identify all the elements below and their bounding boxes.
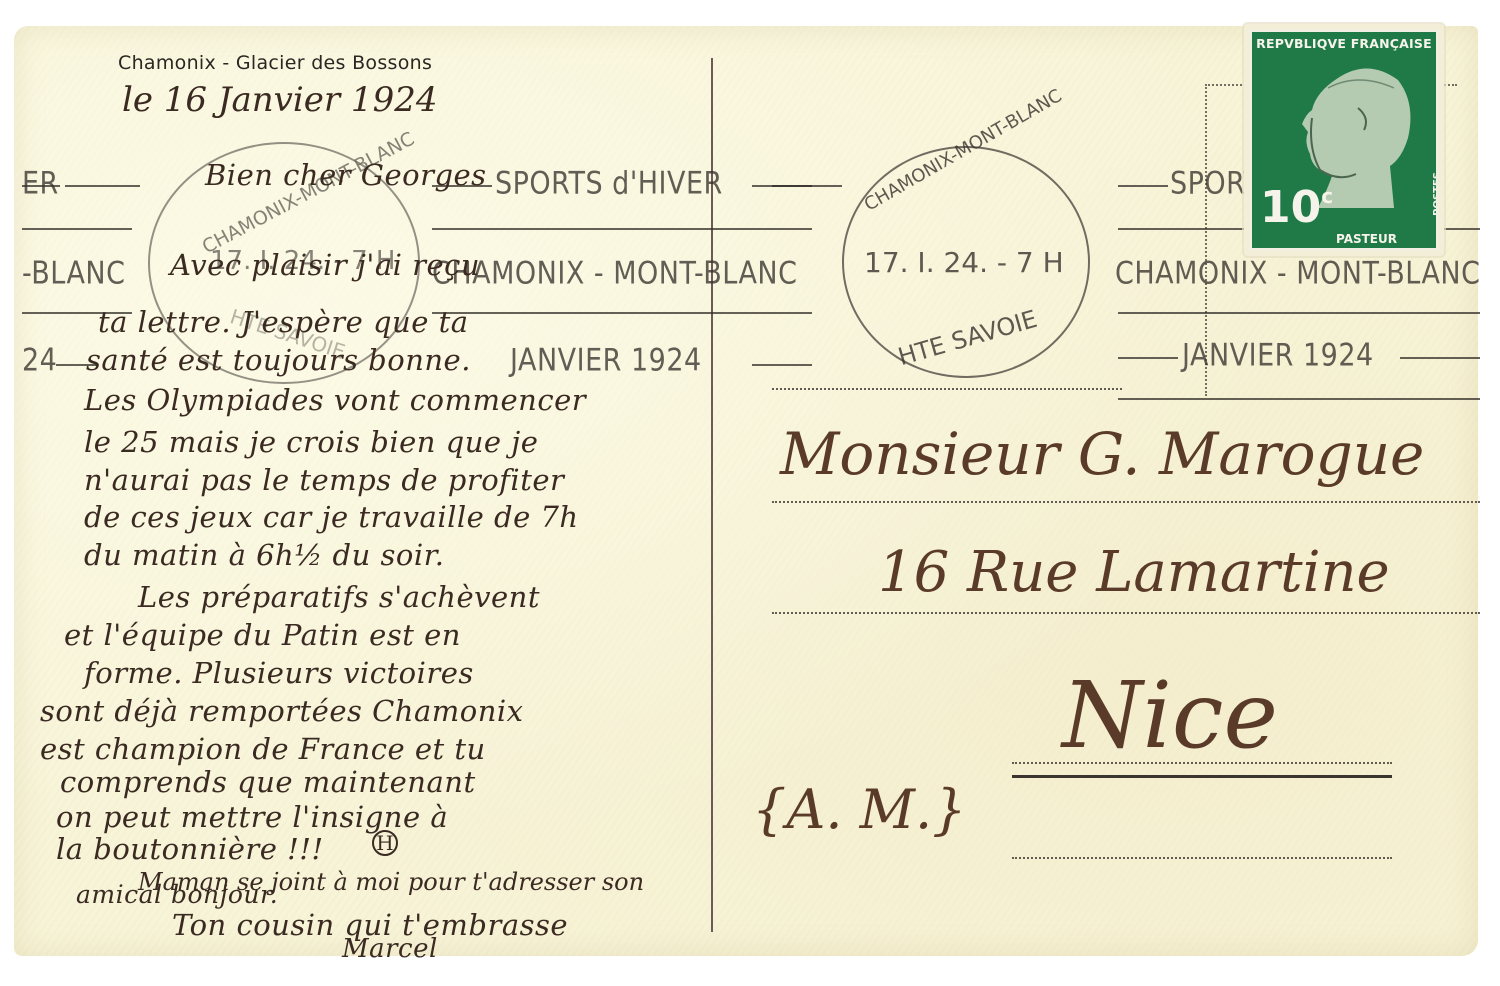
- printed-caption: Chamonix - Glacier des Bossons: [118, 52, 432, 74]
- cancel-slogan-sports: SPORTS d'HIVER: [495, 166, 723, 202]
- cancel-line: [22, 228, 132, 230]
- cancel-fragment: -BLANC: [22, 256, 126, 292]
- address-recipient: Monsieur G. Marogue: [780, 420, 1424, 488]
- letter-line: de ces jeux car je travaille de 7h: [84, 500, 579, 534]
- cancel-fragment: ER: [22, 166, 59, 202]
- letter-line: ta lettre. J'espère que ta: [98, 305, 469, 339]
- postage-stamp: REPVBLIQVE FRANÇAISE 10c PASTEUR POSTES: [1244, 24, 1444, 256]
- address-line: [772, 388, 1122, 390]
- address-department: {A. M.}: [752, 778, 967, 841]
- letter-line: Les Olympiades vont commencer: [84, 383, 586, 417]
- cancel-slogan-town: CHAMONIX - MONT-BLANC: [432, 256, 797, 292]
- address-underline: [1012, 775, 1392, 778]
- cancel-slogan-date: JANVIER 1924: [510, 343, 702, 379]
- address-street: 16 Rue Lamartine: [878, 540, 1390, 605]
- stamp-subject: PASTEUR: [1336, 232, 1397, 246]
- stamp-value: 10c: [1260, 182, 1333, 233]
- cancel-line: [1118, 185, 1168, 187]
- letter-line: sont déjà remportées Chamonix: [40, 694, 524, 728]
- cancel-line: [1118, 312, 1480, 314]
- letter-line: Bien cher Georges: [205, 158, 487, 192]
- stamp-side-label: POSTES: [1432, 172, 1438, 216]
- address-line: [1012, 857, 1392, 859]
- letter-line: et l'équipe du Patin est en: [64, 618, 461, 652]
- letter-line: du matin à 6h½ du soir.: [84, 538, 445, 572]
- cancel-line: [752, 364, 812, 366]
- letter-line: Les préparatifs s'achèvent: [138, 580, 540, 614]
- cancel-line: [1118, 357, 1178, 359]
- letter-signature: Marcel: [342, 934, 438, 964]
- stamp-value-number: 10: [1260, 182, 1321, 233]
- cancel-line: [772, 185, 842, 187]
- cancel-line: [432, 228, 812, 230]
- address-line: [772, 501, 1480, 503]
- address-city: Nice: [1062, 662, 1278, 769]
- letter-line: la boutonnière !!!: [56, 832, 324, 866]
- letter-line: Avec plaisir j'ai reçu: [170, 248, 480, 282]
- postmark-region: HTE SAVOIE: [895, 305, 1040, 371]
- cancel-slogan-town: CHAMONIX - MONT-BLANC: [1115, 256, 1480, 292]
- postmark-right: CHAMONIX-MONT-BLANC 17. I. 24. - 7 H HTE…: [842, 146, 1090, 378]
- letter-line: amical bonjour.: [76, 880, 278, 909]
- cancel-slogan-date: JANVIER 1924: [1182, 338, 1374, 374]
- letter-line: n'aurai pas le temps de profiter: [84, 463, 564, 497]
- letter-line: est champion de France et tu: [40, 732, 486, 766]
- cancel-line: [1400, 357, 1480, 359]
- letter-line: le 25 mais je crois bien que je: [84, 425, 538, 459]
- cancel-line: [65, 185, 140, 187]
- cancel-line: [1118, 398, 1480, 400]
- stamp-country: REPVBLIQVE FRANÇAISE: [1252, 36, 1436, 51]
- letter-line: on peut mettre l'insigne à: [56, 800, 448, 834]
- cancel-line: [432, 312, 812, 314]
- postmark-date: 17. I. 24. - 7 H: [864, 246, 1064, 279]
- letter-date: le 16 Janvier 1924: [122, 80, 437, 120]
- letter-line: forme. Plusieurs victoires: [84, 656, 474, 690]
- stamp-value-unit: c: [1321, 184, 1333, 208]
- letter-line: santé est toujours bonne.: [86, 343, 471, 377]
- stamp-face: REPVBLIQVE FRANÇAISE 10c PASTEUR POSTES: [1250, 30, 1438, 250]
- letter-line: comprends que maintenant: [60, 765, 476, 799]
- monogram-icon: H: [372, 830, 398, 856]
- address-line: [772, 612, 1480, 614]
- cancel-fragment: 24: [22, 343, 57, 379]
